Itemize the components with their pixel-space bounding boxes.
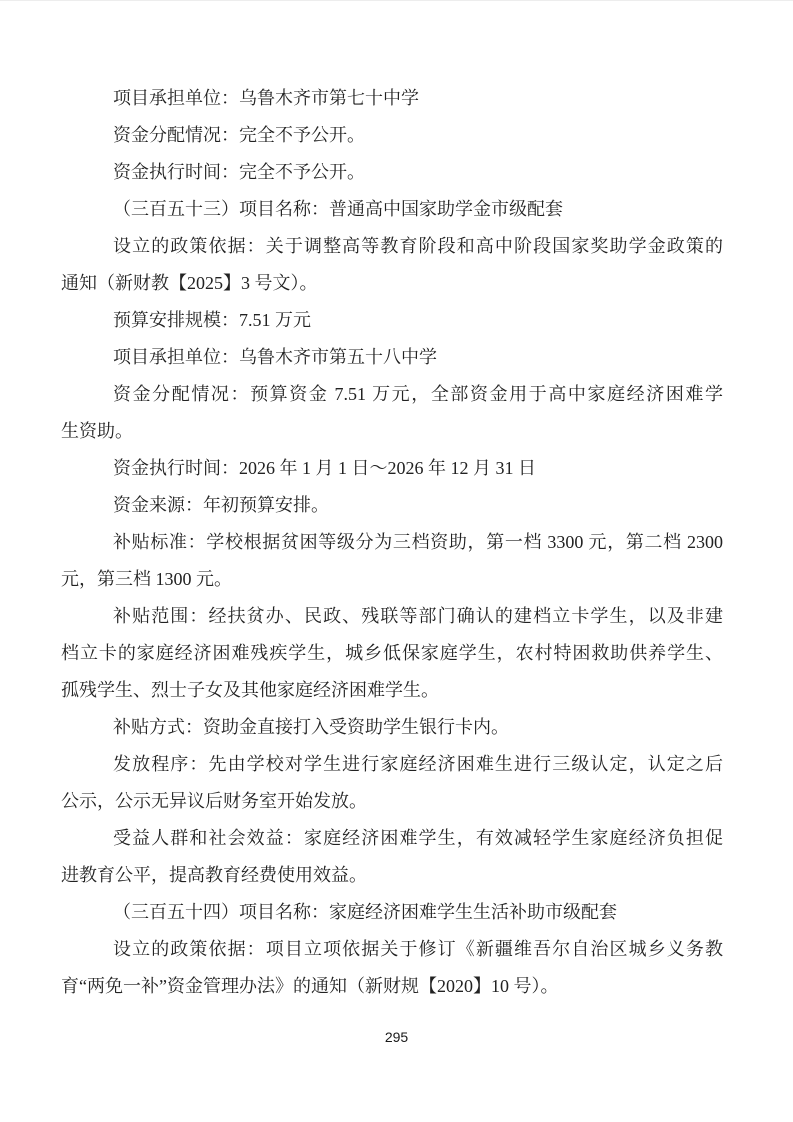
- text-line: 补贴标准：学校根据贫困等级分为三档资助，第一档 3300 元，第二档 2300: [61, 524, 723, 561]
- text-line: 设立的政策依据：项目立项依据关于修订《新疆维吾尔自治区城乡义务教: [61, 931, 723, 968]
- text-line: 资金分配情况：完全不予公开。: [61, 117, 723, 154]
- text-line: 补贴范围：经扶贫办、民政、残联等部门确认的建档立卡学生，以及非建: [61, 598, 723, 635]
- text-line: 资金执行时间：完全不予公开。: [61, 154, 723, 191]
- text-line: 档立卡的家庭经济困难残疾学生，城乡低保家庭学生，农村特困救助供养学生、: [61, 635, 723, 672]
- text-line: 受益人群和社会效益：家庭经济困难学生，有效减轻学生家庭经济负担促: [61, 820, 723, 857]
- text-line: 生资助。: [61, 413, 723, 450]
- text-line: （三百五十三）项目名称：普通高中国家助学金市级配套: [61, 191, 723, 228]
- text-line: 项目承担单位：乌鲁木齐市第五十八中学: [61, 339, 723, 376]
- text-line: 资金执行时间：2026 年 1 月 1 日～2026 年 12 月 31 日: [61, 450, 723, 487]
- text-line: 资金来源：年初预算安排。: [61, 487, 723, 524]
- text-line: 项目承担单位：乌鲁木齐市第七十中学: [61, 80, 723, 117]
- text-line: 发放程序：先由学校对学生进行家庭经济困难生进行三级认定，认定之后: [61, 746, 723, 783]
- text-line: 进教育公平，提高教育经费使用效益。: [61, 857, 723, 894]
- text-line: 设立的政策依据：关于调整高等教育阶段和高中阶段国家奖助学金政策的: [61, 228, 723, 265]
- document-page: { "page": { "background": "#ffffff", "te…: [0, 0, 793, 1122]
- text-line: 补贴方式：资助金直接打入受资助学生银行卡内。: [61, 709, 723, 746]
- text-line: 元，第三档 1300 元。: [61, 561, 723, 598]
- document-body: 项目承担单位：乌鲁木齐市第七十中学 资金分配情况：完全不予公开。 资金执行时间：…: [61, 80, 723, 1005]
- text-line: 孤残学生、烈士子女及其他家庭经济困难学生。: [61, 672, 723, 709]
- text-line: 通知（新财教【2025】3 号文）。: [61, 265, 723, 302]
- text-line: 公示，公示无异议后财务室开始发放。: [61, 783, 723, 820]
- text-line: 育“两免一补”资金管理办法》的通知（新财规【2020】10 号）。: [61, 968, 723, 1005]
- text-line: 资金分配情况：预算资金 7.51 万元，全部资金用于高中家庭经济困难学: [61, 376, 723, 413]
- text-line: 预算安排规模：7.51 万元: [61, 302, 723, 339]
- text-line: （三百五十四）项目名称：家庭经济困难学生生活补助市级配套: [61, 894, 723, 931]
- page-number: 295: [0, 1029, 793, 1045]
